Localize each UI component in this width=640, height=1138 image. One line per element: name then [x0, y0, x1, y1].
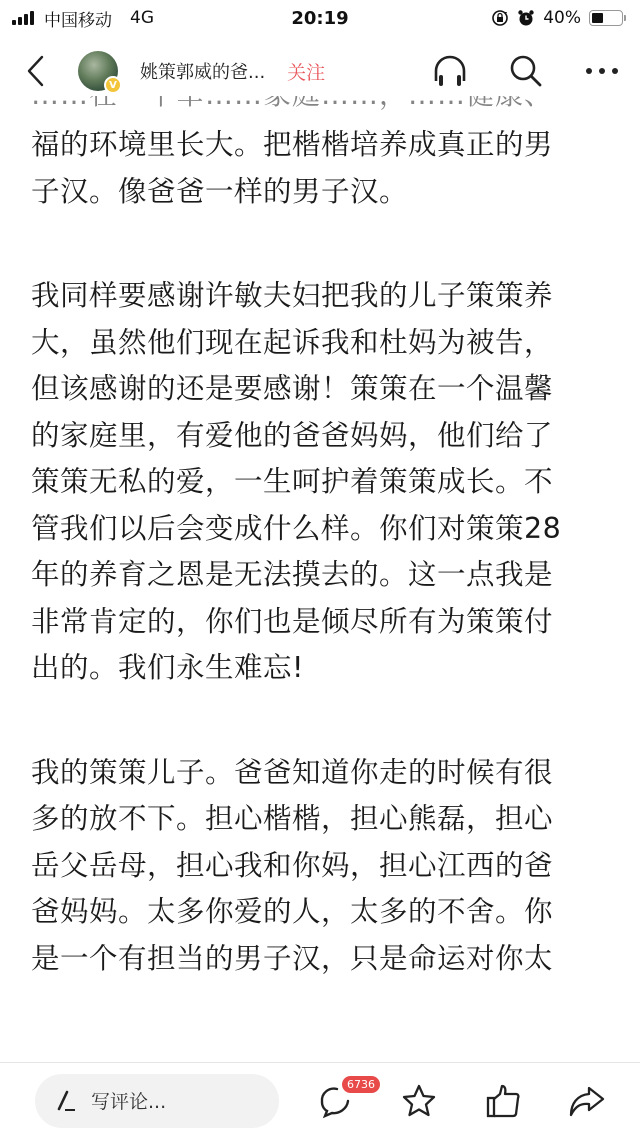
thumbs-up-icon [484, 1082, 522, 1120]
article-paragraph: 我同样要感谢许敏夫妇把我的儿子策策养 大，虽然他们现在起诉我和杜妈为被告， 但该… [31, 273, 616, 692]
comment-input[interactable]: 写评论... [35, 1074, 279, 1128]
text-line: 爸妈妈。太多你爱的人，太多的不舍。你 [31, 889, 616, 936]
nav-actions [430, 40, 622, 102]
article-paragraph: 我的策策儿子。爸爸知道你走的时候有很 多的放不下。担心楷楷，担心熊磊，担心 岳父… [31, 750, 616, 983]
carrier-name: 中国移动 [44, 6, 112, 31]
share-button[interactable] [562, 1063, 612, 1138]
text-line: 是一个有担当的男子汉，只是命运对你太 [31, 936, 616, 983]
text-line: 福的环境里长大。把楷楷培养成真正的男 [31, 122, 616, 169]
comment-count-badge: 6736 [342, 1076, 380, 1093]
search-icon [508, 53, 544, 89]
bottom-action-bar: 写评论... 6736 [0, 1062, 640, 1138]
verified-badge-icon: V [104, 76, 122, 94]
star-icon [400, 1082, 438, 1120]
text-line: 管我们以后会变成什么样。你们对策策28 [31, 506, 616, 553]
search-button[interactable] [506, 51, 546, 91]
text-line: 但该感谢的还是要感谢！策策在一个温馨 [31, 366, 616, 413]
partial-line-clipped: ……在一个幸……家庭……，……健康、幸…… [31, 96, 616, 112]
comments-button[interactable]: 6736 [310, 1063, 360, 1138]
article-screen: 中国移动 4G 20:19 40% [0, 0, 640, 1138]
comment-placeholder: 写评论... [91, 1087, 166, 1114]
text-line: 策策无私的爱，一生呵护着策策成长。不 [31, 459, 616, 506]
text-line: 年的养育之恩是无法摸去的。这一点我是 [31, 552, 616, 599]
listen-button[interactable] [430, 51, 470, 91]
headphones-icon [431, 53, 469, 89]
article-paragraph: 福的环境里长大。把楷楷培养成真正的男 子汉。像爸爸一样的男子汉。 [31, 122, 616, 215]
like-button[interactable] [478, 1063, 528, 1138]
article-body: ……在一个幸……家庭……，……健康、幸…… 福的环境里长大。把楷楷培养成真正的男… [31, 96, 616, 982]
text-line: 岳父岳母，担心我和你妈，担心江西的爸 [31, 843, 616, 890]
nav-bar: V 姚策郭威的爸... 关注 [0, 40, 640, 102]
status-left: 中国移动 4G [12, 6, 154, 31]
status-bar: 中国移动 4G 20:19 40% [0, 0, 640, 36]
rotation-lock-icon [491, 9, 509, 27]
signal-icon [12, 11, 34, 25]
pen-icon [55, 1089, 79, 1113]
author-avatar[interactable]: V [78, 51, 118, 91]
text-line: 的家庭里，有爱他的爸爸妈妈，他们给了 [31, 413, 616, 460]
author-name[interactable]: 姚策郭威的爸... [140, 58, 265, 84]
share-icon [567, 1082, 607, 1120]
battery-percent: 40% [543, 8, 581, 28]
text-line: 子汉。像爸爸一样的男子汉。 [31, 169, 616, 216]
favorite-button[interactable] [394, 1063, 444, 1138]
status-right: 40% [491, 8, 626, 28]
follow-button[interactable]: 关注 [287, 58, 325, 85]
text-line: 非常肯定的，你们也是倾尽所有为策策付 [31, 599, 616, 646]
network-type: 4G [130, 8, 154, 28]
chevron-left-icon [24, 54, 48, 88]
alarm-icon [517, 9, 535, 27]
more-icon [585, 66, 619, 76]
clock: 20:19 [291, 8, 348, 29]
battery-icon [589, 10, 626, 26]
text-line: 我的策策儿子。爸爸知道你走的时候有很 [31, 750, 616, 797]
back-button[interactable] [10, 40, 62, 102]
text-line: 大，虽然他们现在起诉我和杜妈为被告， [31, 320, 616, 367]
text-line: 我同样要感谢许敏夫妇把我的儿子策策养 [31, 273, 616, 320]
text-line: 出的。我们永生难忘! [31, 645, 616, 692]
text-line: 多的放不下。担心楷楷，担心熊磊，担心 [31, 796, 616, 843]
more-button[interactable] [582, 51, 622, 91]
